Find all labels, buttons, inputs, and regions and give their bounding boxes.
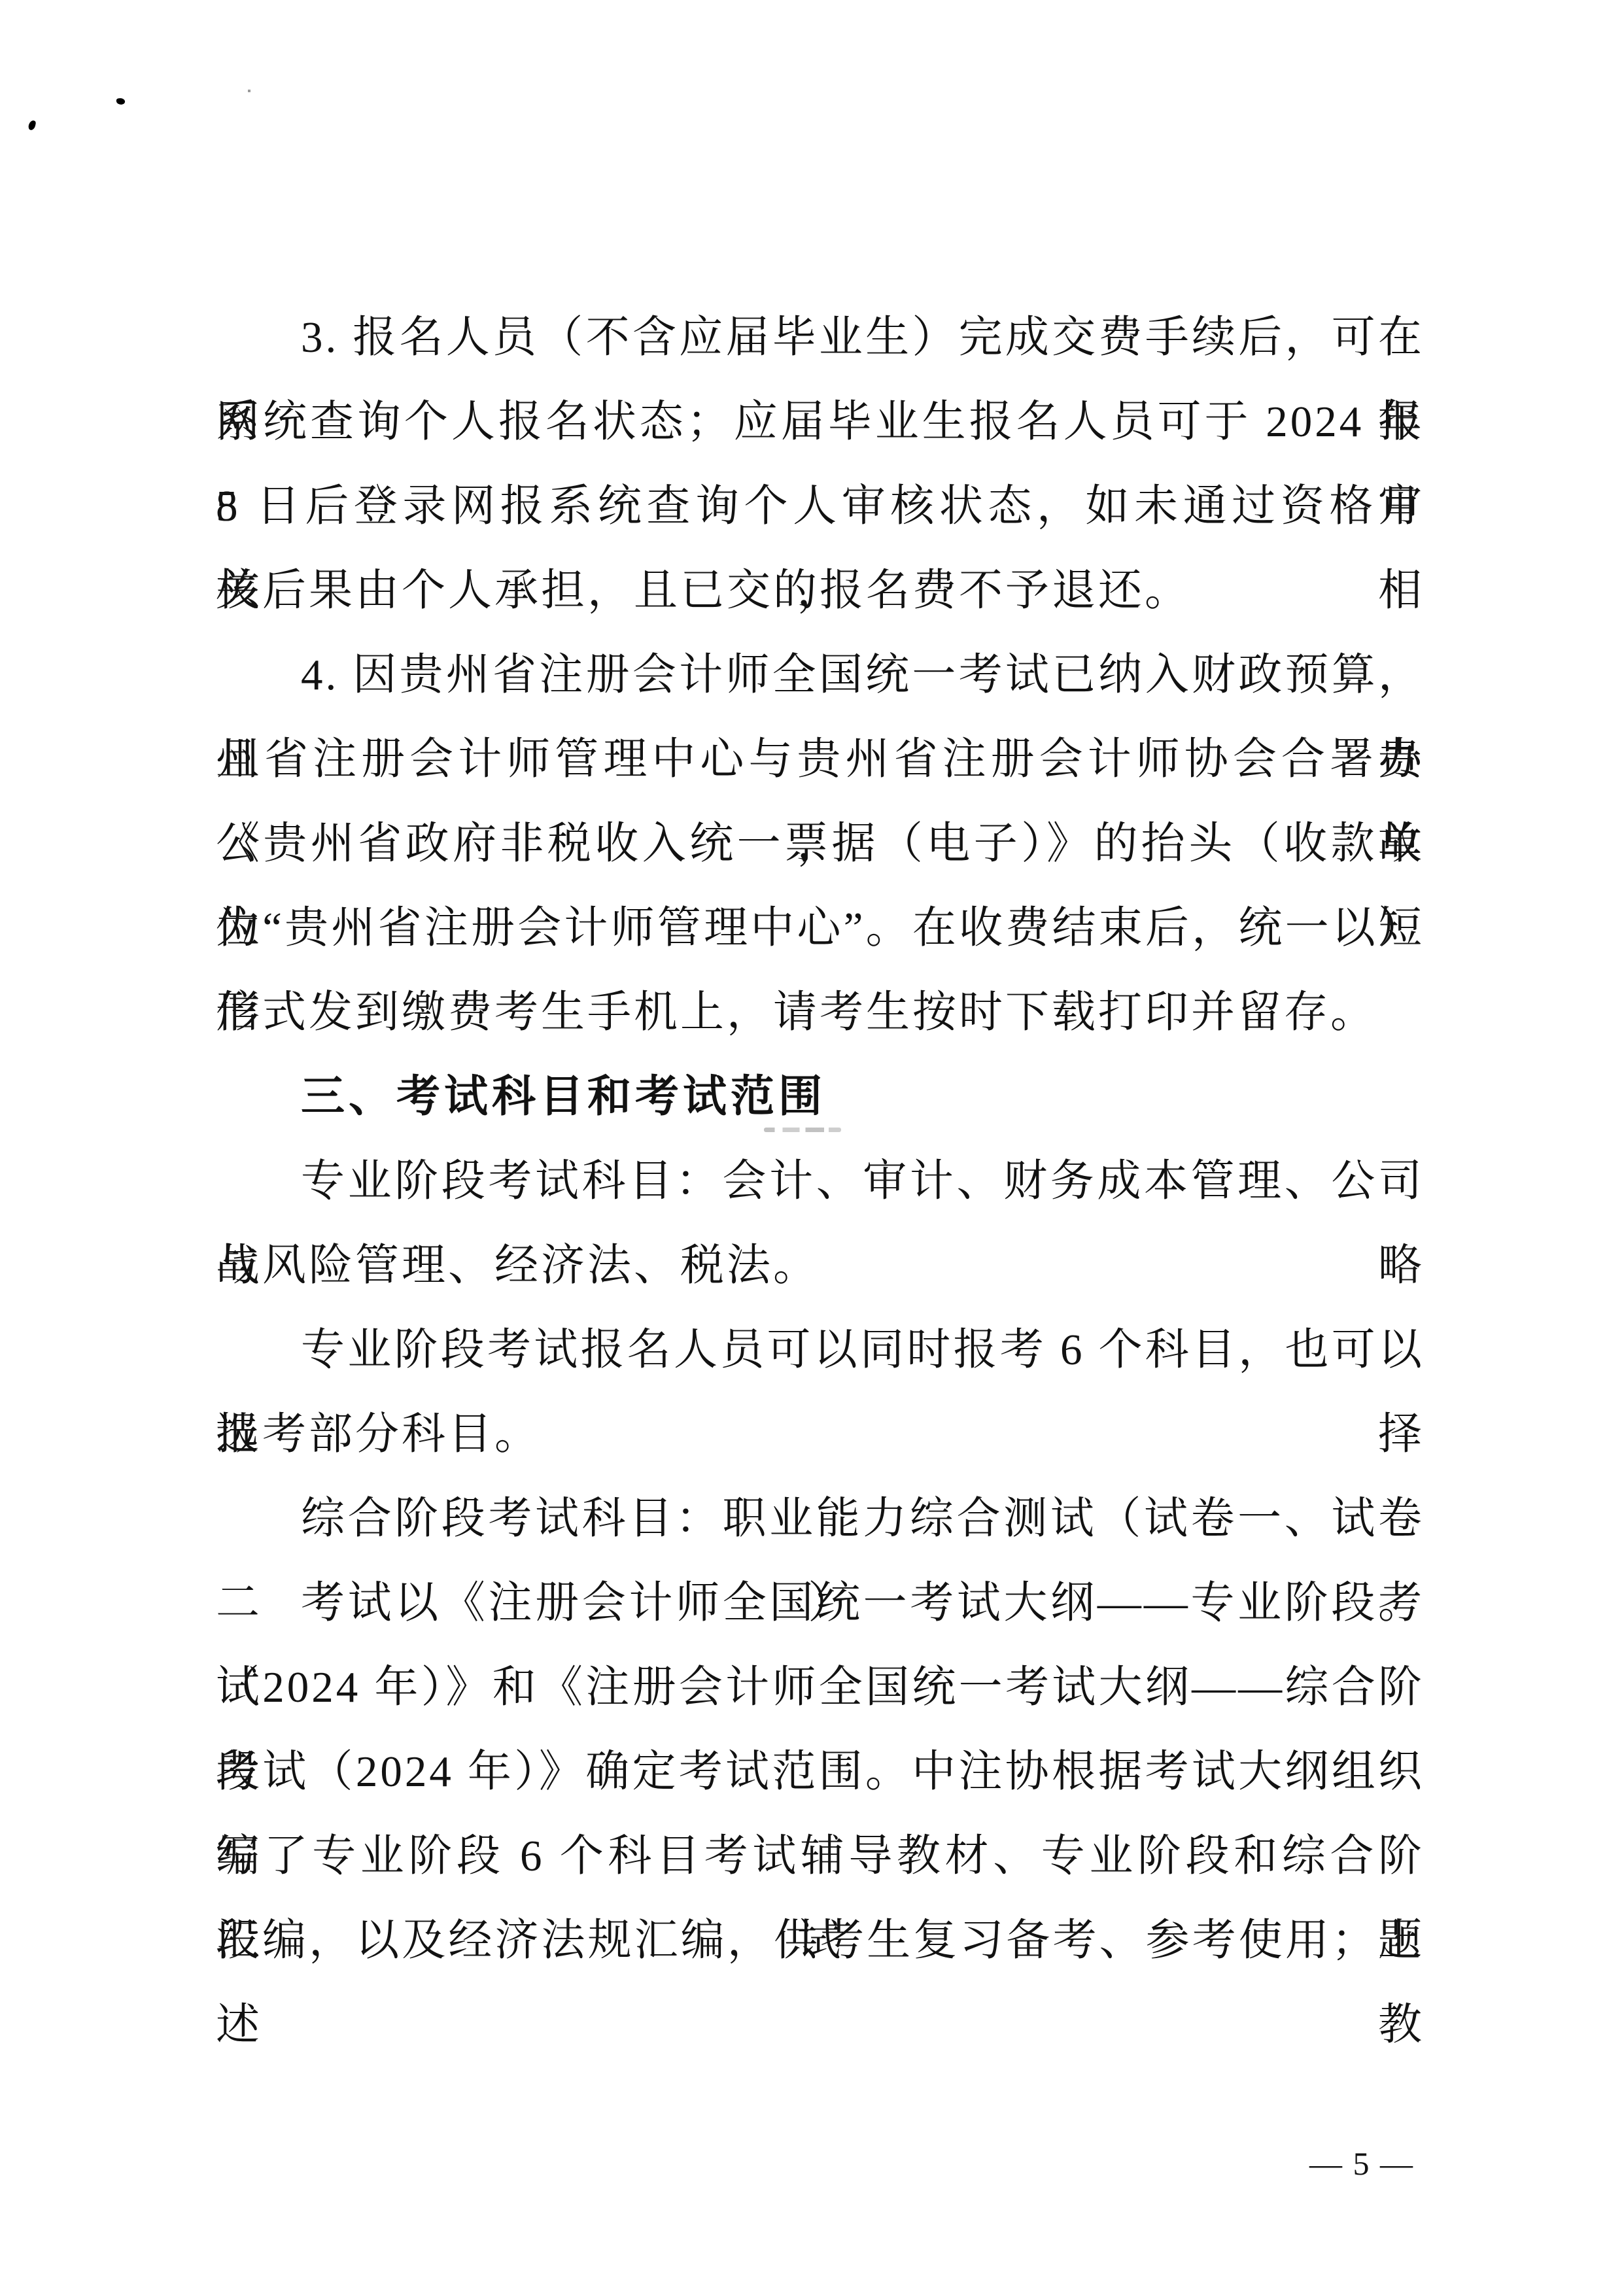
text-line: 州省注册会计师管理中心与贵州省注册会计师协会合署办公，故: [216, 717, 1425, 802]
text-line: 为“贵州省注册会计师管理中心”。在收费结束后，统一以短信: [216, 886, 1425, 971]
text-line: 系统查询个人报名状态；应届毕业生报名人员可于 2024 年 8 月: [216, 380, 1425, 464]
text-line: 考试以《注册会计师全国统一考试大纲——专业阶段考试: [216, 1561, 1425, 1646]
text-line: 5 日后登录网报系统查询个人审核状态，如未通过资格审核，相: [216, 464, 1425, 549]
text-line: 形式发到缴费考生手机上，请考生按时下载打印并留存。: [216, 971, 1425, 1055]
text-block: 3. 报名人员（不含应届毕业生）完成交费手续后，可在网报系统查询个人报名状态；应…: [216, 296, 1425, 1983]
scan-speck: [116, 97, 125, 105]
text-line: 3. 报名人员（不含应届毕业生）完成交费手续后，可在网报: [216, 296, 1425, 380]
text-line: 专业阶段考试报名人员可以同时报考 6 个科目，也可以选择: [216, 1308, 1425, 1392]
text-line: 汇编，以及经济法规汇编，供考生复习备考、参考使用；上述教: [216, 1899, 1425, 1983]
text-line: 4. 因贵州省注册会计师全国统一考试已纳入财政预算，且贵: [216, 633, 1425, 717]
text-line: （2024 年）》和《注册会计师全国统一考试大纲——综合阶段: [216, 1646, 1425, 1730]
text-line: 《贵州省政府非税收入统一票据（电子）》的抬头（收款单位）: [216, 802, 1425, 886]
text-line: 专业阶段考试科目：会计、审计、财务成本管理、公司战略: [216, 1139, 1425, 1224]
document-page: 3. 报名人员（不含应届毕业生）完成交费手续后，可在网报系统查询个人报名状态；应…: [0, 0, 1624, 2293]
scan-speck: [248, 90, 251, 92]
text-line: 写了专业阶段 6 个科目考试辅导教材、专业阶段和综合阶段试题: [216, 1814, 1425, 1899]
text-line: 综合阶段考试科目：职业能力综合测试（试卷一、试卷二）。: [216, 1477, 1425, 1561]
section-heading: 三、考试科目和考试范围: [216, 1055, 1425, 1139]
page-number: — 5 —: [1309, 2143, 1440, 2184]
scan-speck: [28, 120, 37, 131]
text-line: 考试（2024 年）》确定考试范围。中注协根据考试大纲组织编: [216, 1730, 1425, 1814]
